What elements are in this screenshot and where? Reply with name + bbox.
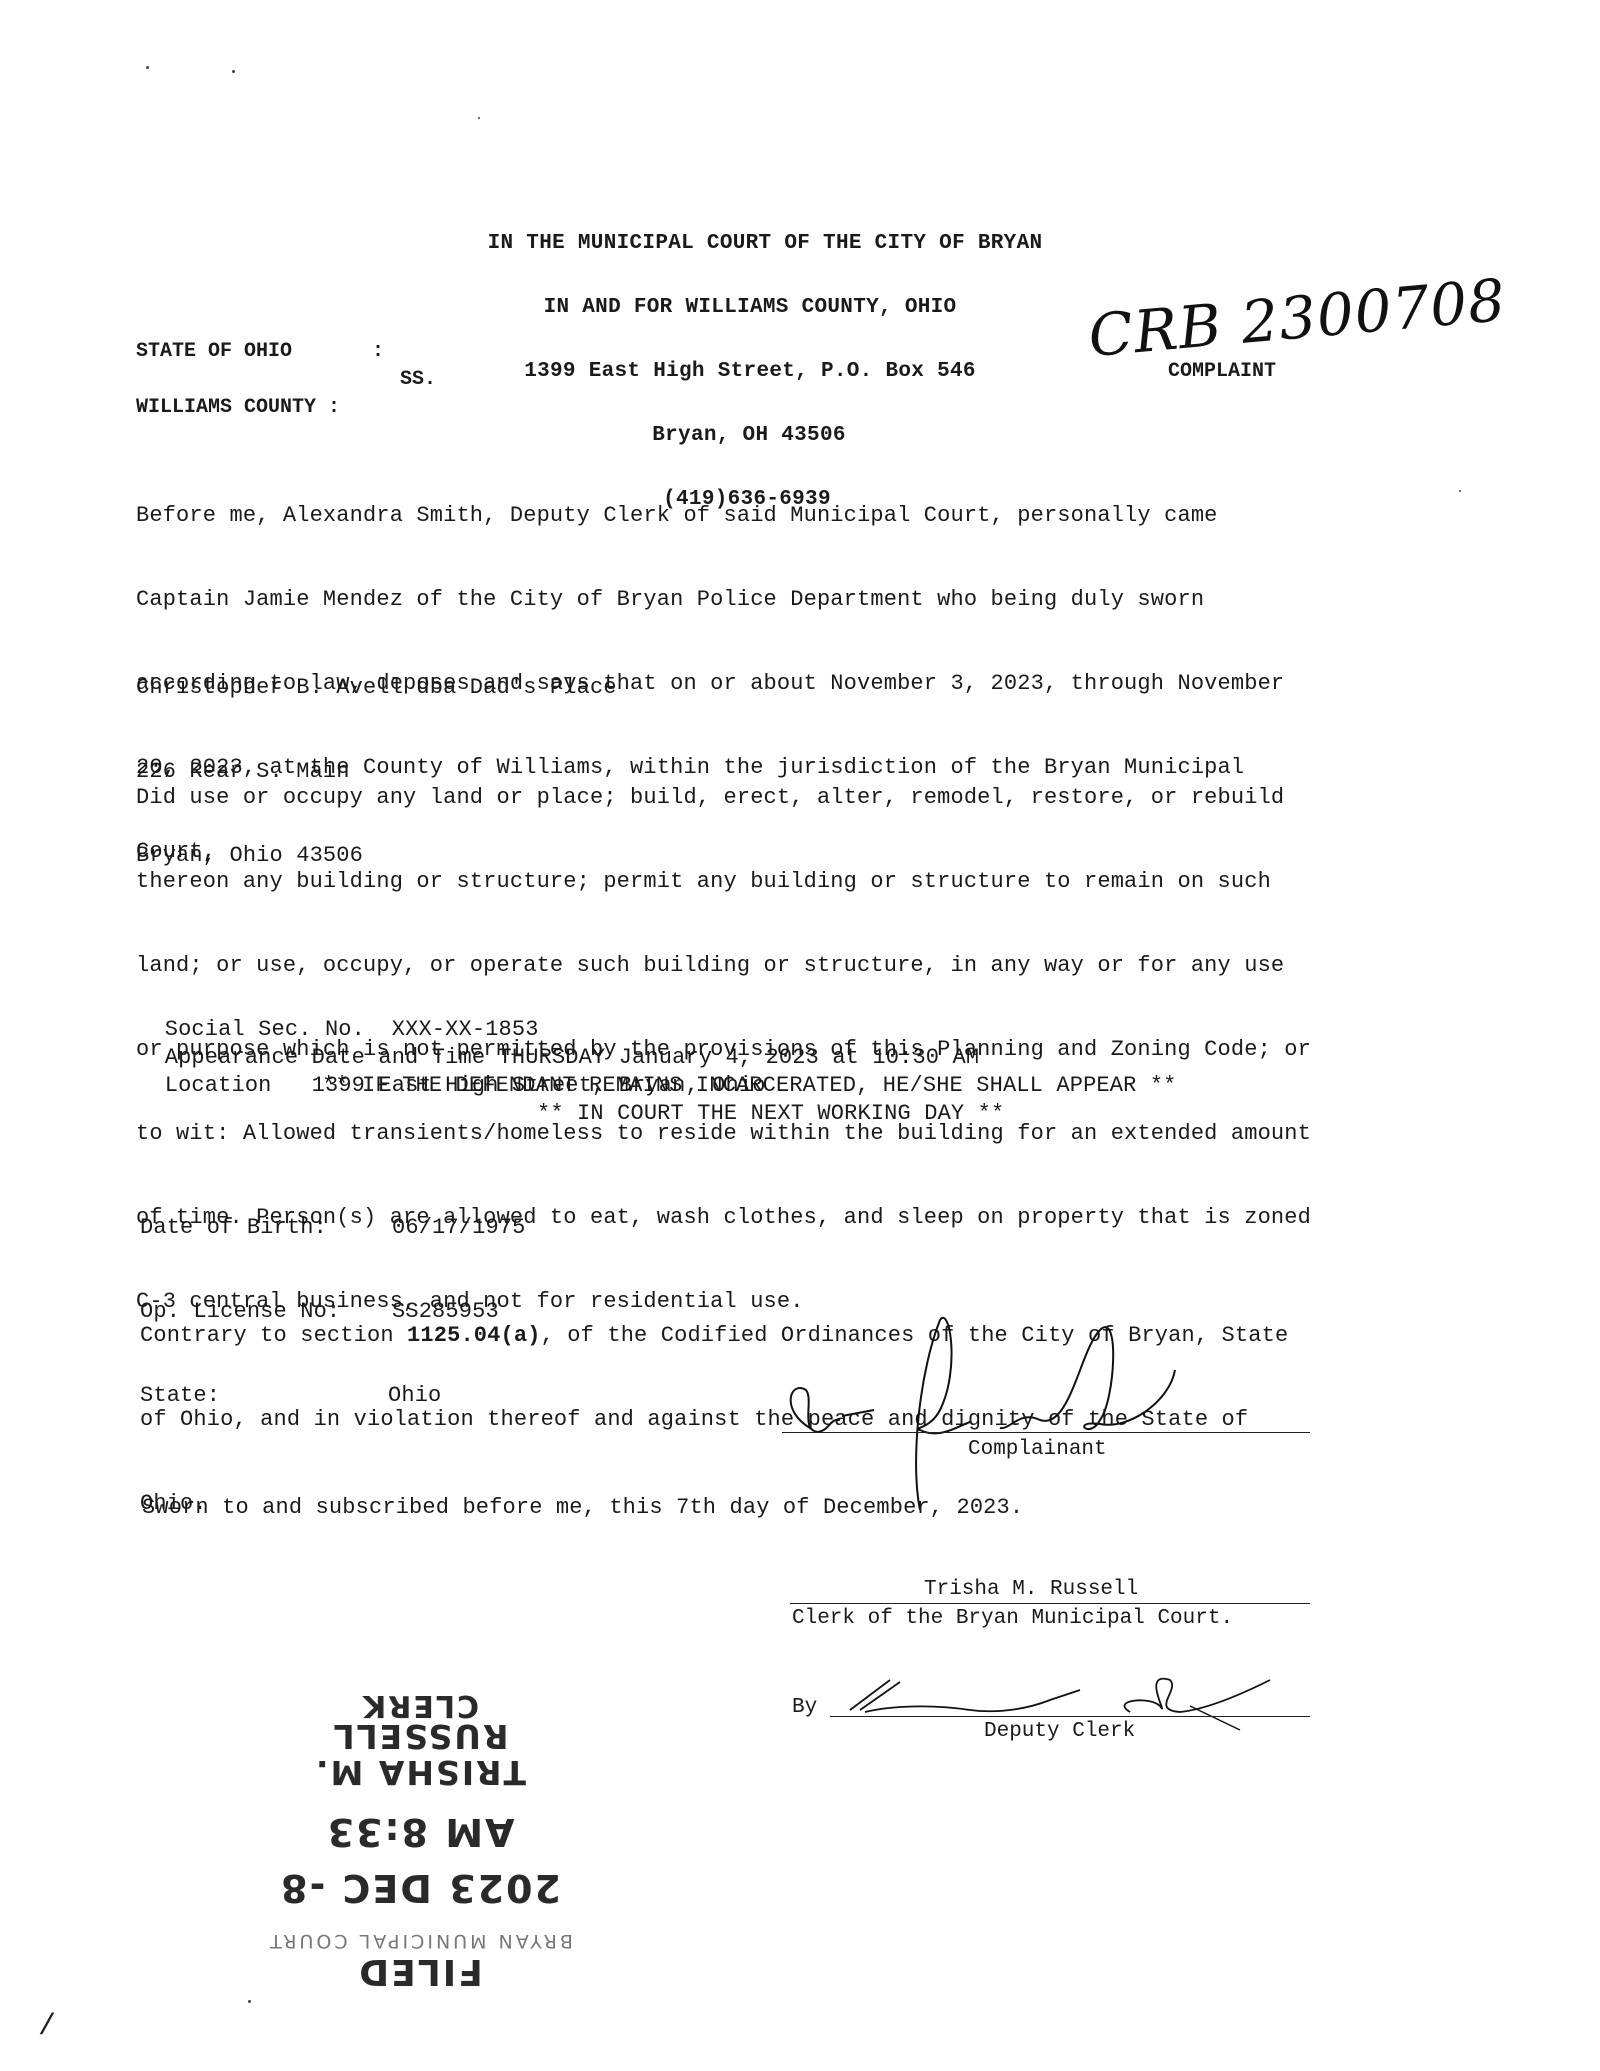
venue-county: WILLIAMS COUNTY : — [136, 396, 340, 419]
complainant-signature-line — [782, 1432, 1310, 1433]
defendant-name: Christopher B. Avell dba Dad's Place — [136, 674, 617, 702]
filed-stamp-court: BRYAN MUNICIPAL COURT — [240, 1930, 600, 1952]
dob-label: Date of Birth: — [140, 1214, 392, 1242]
filed-stamp: FILED BRYAN MUNICIPAL COURT 2023 DEC -8 … — [240, 1760, 600, 1990]
charge-line: Did use or occupy any land or place; bui… — [136, 784, 1311, 812]
deputy-signature-line — [830, 1716, 1310, 1717]
location-label: Location — [165, 1073, 272, 1098]
intro-line: Before me, Alexandra Smith, Deputy Clerk… — [136, 502, 1284, 530]
filed-stamp-datetime: 2023 DEC -8 AM 8:33 — [240, 1804, 600, 1916]
court-header-line1: IN THE MUNICIPAL COURT OF THE CITY OF BR… — [40, 230, 1490, 258]
clerk-signature-line — [790, 1603, 1310, 1604]
intro-line: Captain Jamie Mendez of the City of Brya… — [136, 586, 1284, 614]
complainant-signature — [770, 1310, 1330, 1510]
document-type-label: COMPLAINT — [1168, 360, 1276, 383]
incarceration-notice-1: ** IF THE DEFENDANT REMAINS INCARCERATED… — [322, 1072, 1177, 1100]
clerk-name: Trisha M. Russell — [924, 1578, 1138, 1601]
deputy-clerk-label: Deputy Clerk — [984, 1720, 1135, 1743]
deputy-by-label: By — [792, 1696, 817, 1719]
contrary-text: Contrary to section — [140, 1323, 407, 1348]
scan-speck — [146, 66, 149, 69]
venue-state: STATE OF OHIO — [136, 340, 292, 363]
incarceration-notice-2: ** IN COURT THE NEXT WORKING DAY ** — [537, 1100, 1004, 1128]
venue-ss: SS. — [400, 368, 436, 391]
filed-stamp-clerk-name: TRISHA M. RUSSELL — [240, 1718, 600, 1790]
scan-speck — [248, 2000, 251, 2003]
filed-stamp-clerk-title: CLERK — [240, 1692, 600, 1718]
dob-value: 06/17/1975 — [392, 1215, 526, 1240]
filed-stamp-filed: FILED — [240, 1952, 600, 1990]
venue-state-colon: : — [372, 340, 384, 363]
scan-speck — [232, 70, 235, 73]
scan-stray-mark: / — [38, 2010, 56, 2044]
clerk-title: Clerk of the Bryan Municipal Court. — [792, 1607, 1233, 1630]
charge-line: land; or use, occupy, or operate such bu… — [136, 952, 1311, 980]
scan-speck — [478, 117, 480, 119]
sworn-statement: Sworn to and subscribed before me, this … — [142, 1494, 1023, 1522]
ordinance-section: 1125.04(a) — [407, 1323, 541, 1348]
complainant-label: Complainant — [968, 1438, 1107, 1461]
charge-line: thereon any building or structure; permi… — [136, 868, 1311, 896]
